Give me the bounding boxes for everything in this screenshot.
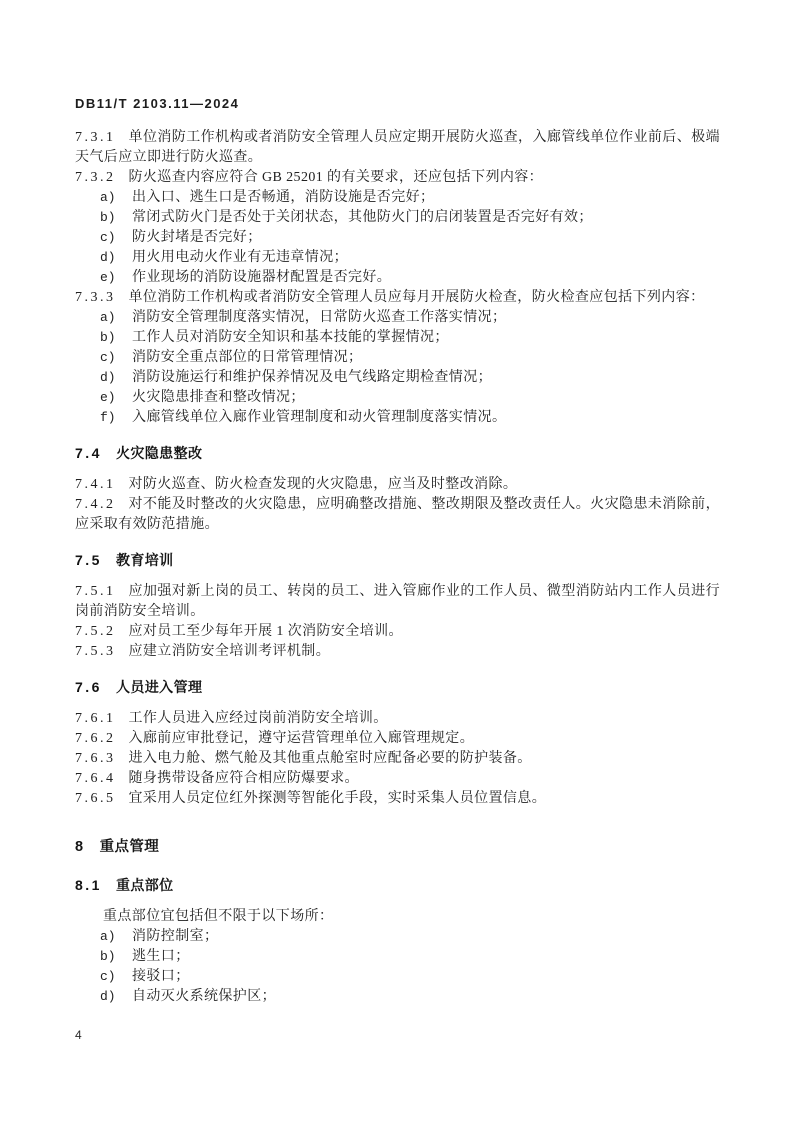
list-item-marker: e) — [100, 388, 132, 408]
list-item-marker: d) — [100, 248, 132, 268]
clause-number: 7.3.2 — [75, 170, 116, 185]
clause-text: 应对员工至少每年开展 1 次消防安全培训。 — [129, 624, 403, 639]
list-item-text: 火灾隐患排查和整改情况； — [132, 388, 720, 408]
list-item-text: 消防安全管理制度落实情况，日常防火巡查工作落实情况； — [132, 308, 720, 328]
list-item-marker: a) — [100, 927, 132, 947]
list-item-text: 出入口、逃生口是否畅通，消防设施是否完好； — [132, 188, 720, 208]
clause-text: 宜采用人员定位红外探测等智能化手段，实时采集人员位置信息。 — [129, 791, 547, 806]
list-item: b)工作人员对消防安全知识和基本技能的掌握情况； — [75, 328, 720, 348]
section-heading: 8.1重点部位 — [75, 875, 720, 895]
chapter-heading: 8重点管理 — [75, 837, 720, 857]
list-item-marker: a) — [100, 188, 132, 208]
list-item-text: 接驳口； — [132, 967, 720, 987]
document-page: DB11/T 2103.11—2024 7.3.1单位消防工作机构或者消防安全管… — [0, 0, 793, 1123]
clause-paragraph: 7.5.3应建立消防安全培训考评机制。 — [75, 642, 720, 662]
list-item: a)消防控制室； — [75, 927, 720, 947]
list-item-marker: b) — [100, 328, 132, 348]
section-heading: 7.5教育培训 — [75, 550, 720, 570]
heading-text: 人员进入管理 — [116, 679, 202, 695]
clause-number: 7.6.5 — [75, 791, 116, 806]
list-item-marker: f) — [100, 408, 132, 428]
list-item-text: 自动灭火系统保护区； — [132, 987, 720, 1007]
list-item-text: 入廊管线单位入廊作业管理制度和动火管理制度落实情况。 — [132, 408, 720, 428]
clause-text: 单位消防工作机构或者消防安全管理人员应每月开展防火检查，防火检查应包括下列内容： — [129, 290, 705, 305]
clause-number: 7.4 — [75, 445, 102, 461]
heading-text: 重点部位 — [116, 877, 174, 893]
clause-number: 8 — [75, 839, 86, 855]
clause-paragraph: 7.3.3单位消防工作机构或者消防安全管理人员应每月开展防火检查，防火检查应包括… — [75, 288, 720, 308]
list-item-marker: d) — [100, 368, 132, 388]
clause-text: 应建立消防安全培训考评机制。 — [129, 644, 331, 659]
list-item-text: 常闭式防火门是否处于关闭状态，其他防火门的启闭装置是否完好有效； — [132, 208, 720, 228]
clause-paragraph: 7.5.1应加强对新上岗的员工、转岗的员工、进入管廊作业的工作人员、微型消防站内… — [75, 582, 720, 622]
section-heading: 7.4火灾隐患整改 — [75, 443, 720, 463]
clause-number: 7.6 — [75, 679, 102, 695]
clause-number: 7.5.1 — [75, 584, 116, 599]
heading-text: 教育培训 — [116, 552, 174, 568]
clause-number: 7.6.2 — [75, 731, 116, 746]
clause-number: 7.4.2 — [75, 497, 116, 512]
list-item-text: 工作人员对消防安全知识和基本技能的掌握情况； — [132, 328, 720, 348]
list-item-marker: c) — [100, 348, 132, 368]
heading-text: 重点管理 — [100, 839, 160, 855]
list-item: b)常闭式防火门是否处于关闭状态，其他防火门的启闭装置是否完好有效； — [75, 208, 720, 228]
list-item: c)接驳口； — [75, 967, 720, 987]
list-item-marker: e) — [100, 268, 132, 288]
list-item-text: 消防控制室； — [132, 927, 720, 947]
list-item-marker: c) — [100, 228, 132, 248]
list-item-marker: b) — [100, 208, 132, 228]
list-item: d)消防设施运行和维护保养情况及电气线路定期检查情况； — [75, 368, 720, 388]
list-item-text: 消防安全重点部位的日常管理情况； — [132, 348, 720, 368]
list-item: a)出入口、逃生口是否畅通，消防设施是否完好； — [75, 188, 720, 208]
paragraph-text: 重点部位宜包括但不限于以下场所： — [103, 909, 333, 924]
list-item: d)用火用电动火作业有无违章情况； — [75, 248, 720, 268]
clause-text: 应加强对新上岗的员工、转岗的员工、进入管廊作业的工作人员、微型消防站内工作人员进… — [75, 584, 720, 619]
list-item: d)自动灭火系统保护区； — [75, 987, 720, 1007]
clause-text: 随身携带设备应符合相应防爆要求。 — [129, 771, 359, 786]
list-item-marker: b) — [100, 947, 132, 967]
clause-text: 入廊前应审批登记，遵守运营管理单位入廊管理规定。 — [129, 731, 475, 746]
list-item-text: 逃生口； — [132, 947, 720, 967]
clause-paragraph: 7.5.2应对员工至少每年开展 1 次消防安全培训。 — [75, 622, 720, 642]
list-item: f)入廊管线单位入廊作业管理制度和动火管理制度落实情况。 — [75, 408, 720, 428]
list-item-text: 消防设施运行和维护保养情况及电气线路定期检查情况； — [132, 368, 720, 388]
list-item-marker: d) — [100, 987, 132, 1007]
standard-number-header: DB11/T 2103.11—2024 — [75, 94, 720, 114]
body-paragraph: 重点部位宜包括但不限于以下场所： — [75, 907, 720, 927]
list-item-text: 作业现场的消防设施器材配置是否完好。 — [132, 268, 720, 288]
clause-number: 7.5 — [75, 552, 102, 568]
document-content: DB11/T 2103.11—2024 7.3.1单位消防工作机构或者消防安全管… — [75, 94, 720, 1007]
clause-text: 进入电力舱、燃气舱及其他重点舱室时应配备必要的防护装备。 — [129, 751, 532, 766]
list-item: e)作业现场的消防设施器材配置是否完好。 — [75, 268, 720, 288]
list-item: c)消防安全重点部位的日常管理情况； — [75, 348, 720, 368]
list-item: b)逃生口； — [75, 947, 720, 967]
clause-number: 7.3.3 — [75, 290, 116, 305]
list-item-marker: a) — [100, 308, 132, 328]
clause-number: 7.6.3 — [75, 751, 116, 766]
clause-paragraph: 7.3.1单位消防工作机构或者消防安全管理人员应定期开展防火巡查，入廊管线单位作… — [75, 128, 720, 168]
clause-number: 7.4.1 — [75, 477, 116, 492]
list-item: c)防火封堵是否完好； — [75, 228, 720, 248]
clause-text: 对防火巡查、防火检查发现的火灾隐患，应当及时整改消除。 — [129, 477, 518, 492]
clause-text: 工作人员进入应经过岗前消防安全培训。 — [129, 711, 388, 726]
clause-paragraph: 7.6.4随身携带设备应符合相应防爆要求。 — [75, 769, 720, 789]
list-item: a)消防安全管理制度落实情况，日常防火巡查工作落实情况； — [75, 308, 720, 328]
clause-number: 7.5.2 — [75, 624, 116, 639]
document-body: 7.3.1单位消防工作机构或者消防安全管理人员应定期开展防火巡查，入廊管线单位作… — [75, 128, 720, 1007]
clause-paragraph: 7.6.1工作人员进入应经过岗前消防安全培训。 — [75, 709, 720, 729]
list-item-marker: c) — [100, 967, 132, 987]
clause-paragraph: 7.6.3进入电力舱、燃气舱及其他重点舱室时应配备必要的防护装备。 — [75, 749, 720, 769]
clause-number: 7.6.4 — [75, 771, 116, 786]
clause-number: 7.3.1 — [75, 130, 116, 145]
clause-number: 8.1 — [75, 877, 102, 893]
page-number: 4 — [75, 1028, 82, 1042]
heading-text: 火灾隐患整改 — [116, 445, 202, 461]
clause-paragraph: 7.6.5宜采用人员定位红外探测等智能化手段，实时采集人员位置信息。 — [75, 789, 720, 809]
clause-text: 对不能及时整改的火灾隐患，应明确整改措施、整改期限及整改责任人。火灾隐患未消除前… — [75, 497, 720, 532]
clause-text: 单位消防工作机构或者消防安全管理人员应定期开展防火巡查，入廊管线单位作业前后、极… — [75, 130, 720, 165]
clause-text: 防火巡查内容应符合 GB 25201 的有关要求，还应包括下列内容： — [129, 170, 544, 185]
list-item-text: 防火封堵是否完好； — [132, 228, 720, 248]
section-heading: 7.6人员进入管理 — [75, 677, 720, 697]
clause-paragraph: 7.3.2防火巡查内容应符合 GB 25201 的有关要求，还应包括下列内容： — [75, 168, 720, 188]
clause-paragraph: 7.6.2入廊前应审批登记，遵守运营管理单位入廊管理规定。 — [75, 729, 720, 749]
clause-paragraph: 7.4.1对防火巡查、防火检查发现的火灾隐患，应当及时整改消除。 — [75, 475, 720, 495]
list-item: e)火灾隐患排查和整改情况； — [75, 388, 720, 408]
clause-paragraph: 7.4.2对不能及时整改的火灾隐患，应明确整改措施、整改期限及整改责任人。火灾隐… — [75, 495, 720, 535]
list-item-text: 用火用电动火作业有无违章情况； — [132, 248, 720, 268]
clause-number: 7.5.3 — [75, 644, 116, 659]
clause-number: 7.6.1 — [75, 711, 116, 726]
